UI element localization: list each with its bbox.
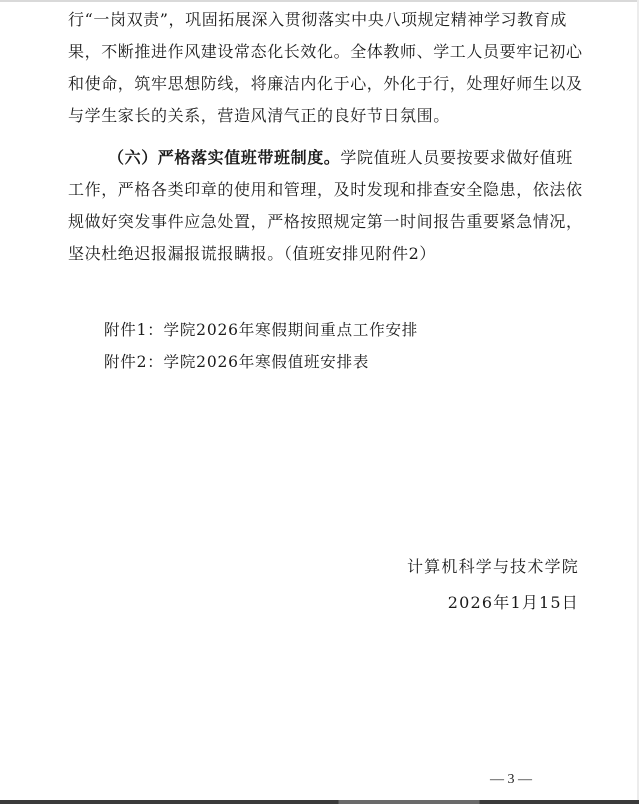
paragraph-section-six: （六）严格落实值班带班制度。学院值班人员要按要求做好值班 工作，严格各类印章的使…: [68, 142, 568, 270]
paragraph-discipline: 行“一岗双责”，巩固拓展深入贯彻落实中央八项规定精神学习教育成 果，不断推进作风…: [68, 4, 568, 132]
text-line: 行“一岗双责”，巩固拓展深入贯彻落实中央八项规定精神学习教育成: [68, 4, 568, 36]
text-line: 和使命，筑牢思想防线，将廉洁内化于心，外化于行，处理好师生以及: [68, 68, 568, 100]
page-number: — 3 —: [490, 772, 532, 788]
text-line: 果，不断推进作风建设常态化长效化。全体教师、学工人员要牢记初心: [68, 36, 568, 68]
section-text: 学院值班人员要按要求做好值班: [340, 148, 572, 167]
section-heading: （六）严格落实值班带班制度。: [108, 148, 340, 167]
signature-date: 2026年1月15日: [448, 590, 579, 613]
bottom-scrollbar[interactable]: [0, 800, 639, 804]
text-line: 与学生家长的关系，营造风清气正的良好节日氛围。: [68, 100, 568, 132]
document-page: 行“一岗双责”，巩固拓展深入贯彻落实中央八项规定精神学习教育成 果，不断推进作风…: [0, 0, 639, 800]
attachment-item: 附件1：学院2026年寒假期间重点工作安排: [104, 314, 418, 346]
text-line: 工作，严格各类印章的使用和管理，及时发现和排查安全隐患，依法依: [68, 174, 568, 206]
attachments-list: 附件1：学院2026年寒假期间重点工作安排 附件2：学院2026年寒假值班安排表: [104, 314, 418, 378]
text-line: 坚决杜绝迟报漏报谎报瞒报。（值班安排见附件2）: [68, 238, 568, 270]
signature-organization: 计算机科学与技术学院: [407, 554, 579, 577]
attachment-item: 附件2：学院2026年寒假值班安排表: [104, 346, 418, 378]
text-line: 规做好突发事件应急处置，严格按照规定第一时间报告重要紧急情况，: [68, 206, 568, 238]
text-line: （六）严格落实值班带班制度。学院值班人员要按要求做好值班: [68, 142, 568, 174]
